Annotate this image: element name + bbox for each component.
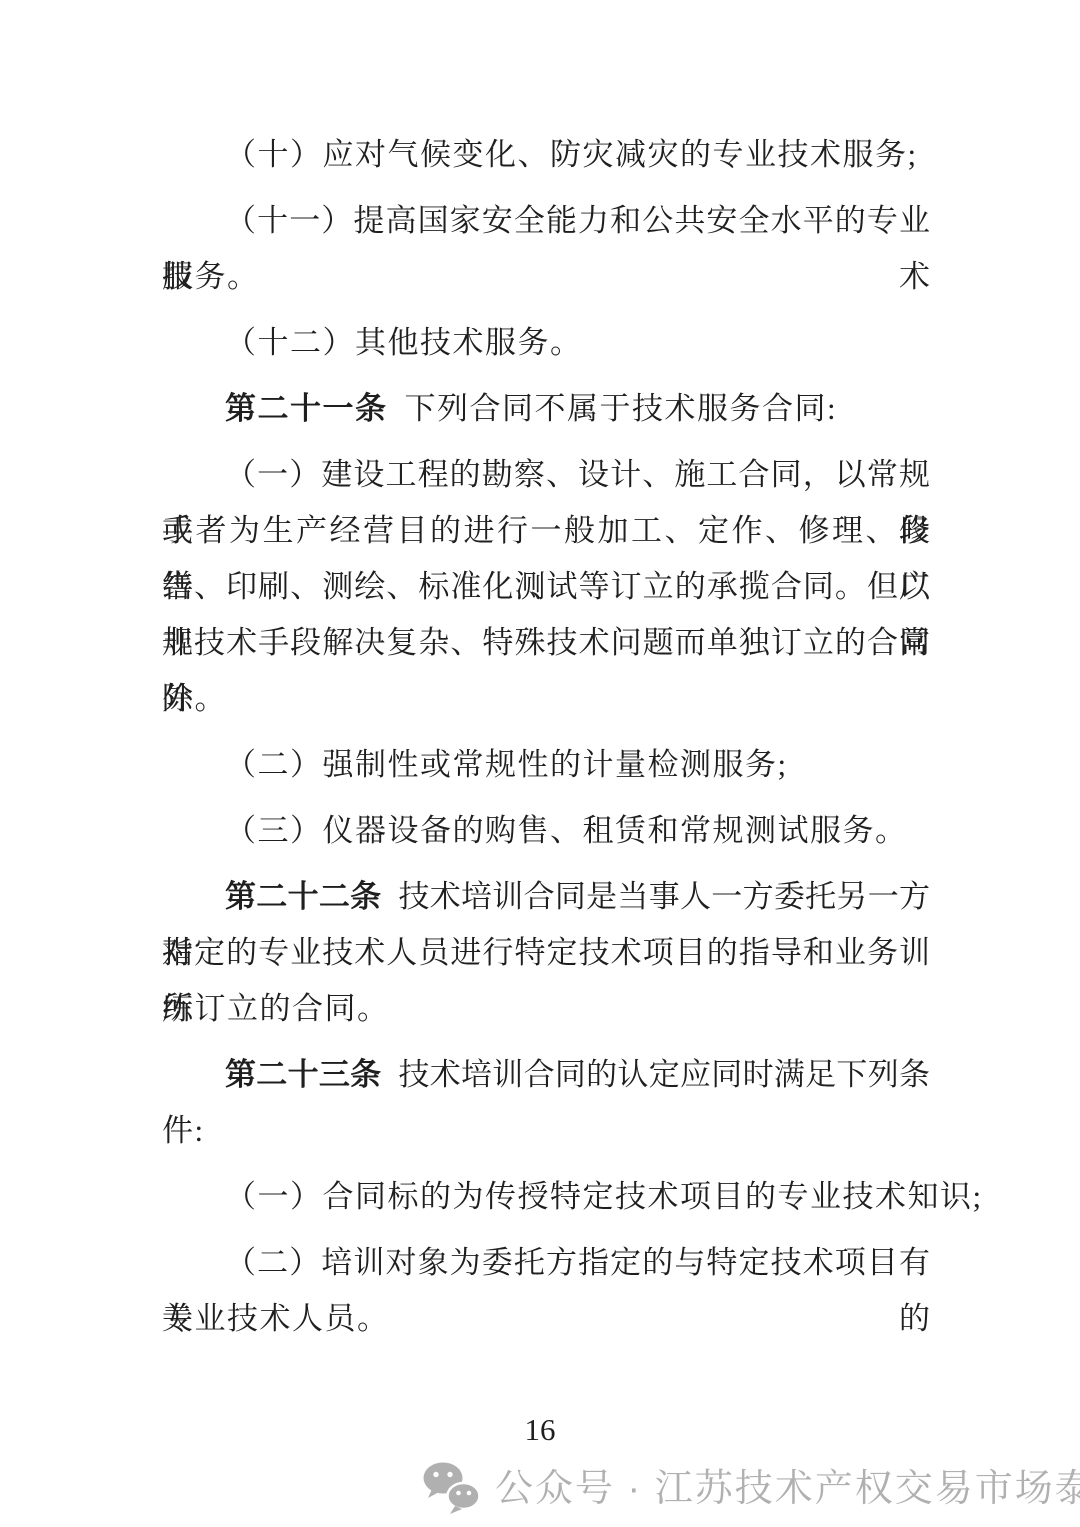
text-line: 或者为生产经营目的进行一般加工、定作、修理、修缮、广 (162, 503, 930, 559)
document-body: （十）应对气候变化、防灾减灾的专业技术服务;（十一）提高国家安全能力和公共安全水… (162, 127, 930, 1357)
paragraph: （一）建设工程的勘察、设计、施工合同，以常规手段或者为生产经营目的进行一般加工、… (162, 447, 930, 727)
paragraph: 第二十一条下列合同不属于技术服务合同: (162, 381, 930, 437)
text-line: （二）培训对象为委托方指定的与特定技术项目有关的 (162, 1235, 930, 1291)
paragraph: （一）合同标的为传授特定技术项目的专业技术知识; (162, 1169, 930, 1225)
document-page: （十）应对气候变化、防灾减灾的专业技术服务;（十一）提高国家安全能力和公共安全水… (0, 0, 1080, 1527)
text-line: 规技术手段解决复杂、特殊技术问题而单独订立的合同除 (162, 615, 930, 671)
wechat-icon (422, 1461, 482, 1517)
text-line: （十）应对气候变化、防灾减灾的专业技术服务; (162, 127, 930, 183)
text-line: （十一）提高国家安全能力和公共安全水平的专业技术 (162, 193, 930, 249)
paragraph: （十一）提高国家安全能力和公共安全水平的专业技术服务。 (162, 193, 930, 305)
text-line: （一）建设工程的勘察、设计、施工合同，以常规手段 (162, 447, 930, 503)
article-number: 第二十一条 (225, 391, 388, 426)
watermark-text: 公众号 · 江苏技术产权交易市场泰州分中心 (495, 1460, 1080, 1518)
text-line: （二）强制性或常规性的计量检测服务; (162, 737, 930, 793)
paragraph: （三）仪器设备的购售、租赁和常规测试服务。 (162, 803, 930, 859)
paragraph: （二）强制性或常规性的计量检测服务; (162, 737, 930, 793)
paragraph: 第二十三条技术培训合同的认定应同时满足下列条件: (162, 1047, 930, 1159)
text-line: （三）仪器设备的购售、租赁和常规测试服务。 (162, 803, 930, 859)
text-line: （十二）其他技术服务。 (162, 315, 930, 371)
wechat-watermark: 公众号 · 江苏技术产权交易市场泰州分中心 (422, 1460, 1080, 1518)
text-line: 告、印刷、测绘、标准化测试等订立的承揽合同。但以非常 (162, 559, 930, 615)
text-line: （一）合同标的为传授特定技术项目的专业技术知识; (162, 1169, 930, 1225)
text-line: 指定的专业技术人员进行特定技术项目的指导和业务训练 (162, 925, 930, 981)
text-line: 外。 (162, 671, 930, 727)
page-number: 16 (0, 1412, 1080, 1448)
text-line: 所订立的合同。 (162, 981, 930, 1037)
text-line: 第二十二条技术培训合同是当事人一方委托另一方对 (162, 869, 930, 925)
article-number: 第二十三条 (225, 1057, 381, 1092)
text-line: 第二十一条下列合同不属于技术服务合同: (162, 381, 930, 437)
paragraph: （十）应对气候变化、防灾减灾的专业技术服务; (162, 127, 930, 183)
paragraph: （十二）其他技术服务。 (162, 315, 930, 371)
paragraph: 第二十二条技术培训合同是当事人一方委托另一方对指定的专业技术人员进行特定技术项目… (162, 869, 930, 1037)
text-line: 件: (162, 1103, 930, 1159)
paragraph: （二）培训对象为委托方指定的与特定技术项目有关的专业技术人员。 (162, 1235, 930, 1347)
text-line: 第二十三条技术培训合同的认定应同时满足下列条 (162, 1047, 930, 1103)
article-number: 第二十二条 (225, 879, 381, 914)
